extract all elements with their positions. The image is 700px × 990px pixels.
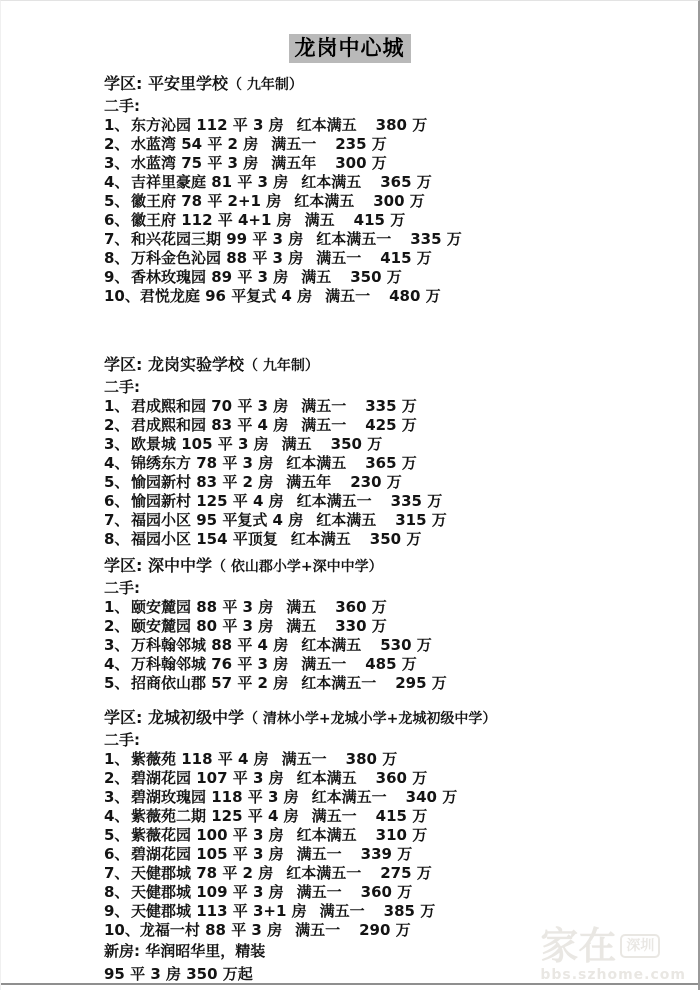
listing-number: 9、 <box>104 268 131 287</box>
listing-desc: 福园小区 154 平顶复 <box>131 530 278 548</box>
listing-desc: 紫薇花园 100 平 3 房 <box>131 826 284 844</box>
listing-number: 6、 <box>104 492 131 511</box>
listing-status: 满五一 <box>325 287 370 305</box>
listing-status: 红本满五 <box>291 530 351 548</box>
listing-desc: 龙福一村 88 平 3 房 <box>140 921 282 939</box>
listing-desc: 万科翰邻城 88 平 4 房 <box>131 636 288 654</box>
listing-price: 330 万 <box>335 617 387 635</box>
listing-price: 360 万 <box>376 769 428 787</box>
listing-status: 红本满五一 <box>286 864 361 882</box>
district-header: 学区: 龙岗实验学校（ 九年制） <box>104 354 668 377</box>
district-school-note: （ 依山郡小学+深中中学） <box>212 559 383 575</box>
listing-item: 7、福园小区 95 平复式 4 房红本满五315 万 <box>104 511 668 530</box>
listing-desc: 紫薇苑 118 平 4 房 <box>131 750 269 768</box>
district-school-label: 学区: 龙岗实验学校 <box>104 355 244 374</box>
listing-price: 235 万 <box>335 135 387 153</box>
listing-item: 10、君悦龙庭 96 平复式 4 房满五一480 万 <box>104 287 668 306</box>
listing-desc: 万科翰邻城 76 平 3 房 <box>131 655 288 673</box>
listing-desc: 和兴花园三期 99 平 3 房 <box>131 230 303 248</box>
listing-number: 5、 <box>104 473 131 492</box>
listing-price: 360 万 <box>361 883 413 901</box>
district-school-note: （ 清林小学+龙城小学+龙城初级中学） <box>244 711 496 727</box>
listing-status: 红本满五一 <box>316 230 391 248</box>
listing-price: 365 万 <box>380 173 432 191</box>
listing-item: 1、颐安麓园 88 平 3 房满五360 万 <box>104 598 668 617</box>
listing-number: 4、 <box>104 807 131 826</box>
listing-price: 360 万 <box>335 598 387 616</box>
listing-desc: 徽王府 112 平 4+1 房 <box>131 211 292 229</box>
listing-price: 275 万 <box>380 864 432 882</box>
listing-status: 满五 <box>286 617 316 635</box>
listing-price: 425 万 <box>365 416 417 434</box>
listing-item: 2、颐安麓园 80 平 3 房满五330 万 <box>104 617 668 636</box>
listing-number: 3、 <box>104 788 131 807</box>
listing-desc: 碧湖花园 105 平 3 房 <box>131 845 284 863</box>
listing-type-label: 二手: <box>104 730 668 750</box>
school-district-section: 学区: 龙城初级中学（ 清林小学+龙城小学+龙城初级中学） 二手: 1、紫薇苑 … <box>104 707 668 986</box>
listing-item: 5、愉园新村 83 平 2 房满五年230 万 <box>104 473 668 492</box>
district-school-note: （ 九年制） <box>228 77 303 93</box>
listing-item: 7、和兴花园三期 99 平 3 房红本满五一335 万 <box>104 230 668 249</box>
listing-item: 3、碧湖玫瑰园 118 平 3 房红本满五一340 万 <box>104 788 668 807</box>
listing-status: 满五 <box>282 435 312 453</box>
listing-price: 415 万 <box>354 211 406 229</box>
listing-status: 红本满五 <box>286 454 346 472</box>
listing-desc: 锦绣东方 78 平 3 房 <box>131 454 273 472</box>
listing-status: 满五一 <box>295 921 340 939</box>
listing-number: 6、 <box>104 211 131 230</box>
listing-price: 350 万 <box>331 435 383 453</box>
listing-item: 8、福园小区 154 平顶复红本满五350 万 <box>104 530 668 549</box>
listing-item: 2、水蓝湾 54 平 2 房满五一235 万 <box>104 135 668 154</box>
district-header: 学区: 龙城初级中学（ 清林小学+龙城小学+龙城初级中学） <box>104 707 668 730</box>
listing-number: 5、 <box>104 674 131 693</box>
listing-number: 7、 <box>104 230 131 249</box>
listing-desc: 水蓝湾 54 平 2 房 <box>131 135 258 153</box>
listing-item: 6、碧湖花园 105 平 3 房满五一339 万 <box>104 845 668 864</box>
listing-desc: 颐安麓园 80 平 3 房 <box>131 617 273 635</box>
listing-status: 红本满五 <box>297 826 357 844</box>
listing-number: 2、 <box>104 617 131 636</box>
listing-status: 满五一 <box>301 416 346 434</box>
listing-number: 4、 <box>104 655 131 674</box>
listing-status: 满五年 <box>271 154 316 172</box>
listing-type-label: 二手: <box>104 377 668 397</box>
listing-status: 满五一 <box>271 135 316 153</box>
listing-desc: 愉园新村 83 平 2 房 <box>131 473 273 491</box>
listing-desc: 碧湖玫瑰园 118 平 3 房 <box>131 788 299 806</box>
district-school-label: 学区: 深中中学 <box>104 556 212 575</box>
listing-status: 满五一 <box>297 883 342 901</box>
school-district-section: 学区: 深中中学（ 依山郡小学+深中中学） 二手: 1、颐安麓园 88 平 3 … <box>104 555 668 693</box>
listing-item: 8、天健郡城 109 平 3 房满五一360 万 <box>104 883 668 902</box>
listing-status: 满五一 <box>320 902 365 920</box>
district-header: 学区: 深中中学（ 依山郡小学+深中中学） <box>104 555 668 578</box>
listing-price: 339 万 <box>361 845 413 863</box>
listing-number: 8、 <box>104 530 131 549</box>
listing-number: 4、 <box>104 454 131 473</box>
listing-price: 415 万 <box>376 807 428 825</box>
title-row: 龙岗中心城 <box>1 34 698 63</box>
listing-price: 340 万 <box>406 788 458 806</box>
listing-status: 红本满五 <box>316 511 376 529</box>
listing-item: 4、吉祥里豪庭 81 平 3 房红本满五365 万 <box>104 173 668 192</box>
listing-desc: 君成熙和园 70 平 3 房 <box>131 397 288 415</box>
listing-price: 415 万 <box>380 249 432 267</box>
listing-status: 红本满五 <box>294 192 354 210</box>
page-title: 龙岗中心城 <box>289 34 411 63</box>
listing-list: 1、颐安麓园 88 平 3 房满五360 万 2、颐安麓园 80 平 3 房满五… <box>104 598 668 693</box>
listing-item: 4、紫薇苑二期 125 平 4 房满五一415 万 <box>104 807 668 826</box>
listing-status: 满五一 <box>297 845 342 863</box>
listing-status: 红本满五一 <box>312 788 387 806</box>
listing-desc: 香林玫瑰园 89 平 3 房 <box>131 268 288 286</box>
listing-desc: 君悦龙庭 96 平复式 4 房 <box>140 287 312 305</box>
listing-number: 4、 <box>104 173 131 192</box>
listing-price: 335 万 <box>365 397 417 415</box>
listing-item: 7、天健郡城 78 平 2 房红本满五一275 万 <box>104 864 668 883</box>
listing-desc: 君成熙和园 83 平 4 房 <box>131 416 288 434</box>
listing-number: 3、 <box>104 435 131 454</box>
listing-number: 5、 <box>104 826 131 845</box>
listing-status: 满五一 <box>282 750 327 768</box>
listing-item: 9、香林玫瑰园 89 平 3 房满五350 万 <box>104 268 668 287</box>
listing-item: 3、万科翰邻城 88 平 4 房红本满五530 万 <box>104 636 668 655</box>
listing-item: 4、万科翰邻城 76 平 3 房满五一485 万 <box>104 655 668 674</box>
listing-status: 红本满五 <box>297 769 357 787</box>
listing-number: 2、 <box>104 416 131 435</box>
listing-price: 335 万 <box>391 492 443 510</box>
listing-desc: 天健郡城 113 平 3+1 房 <box>131 902 307 920</box>
listing-status: 红本满五 <box>297 116 357 134</box>
listing-item: 6、愉园新村 125 平 4 房红本满五一335 万 <box>104 492 668 511</box>
listing-number: 2、 <box>104 769 131 788</box>
listing-desc: 招商依山郡 57 平 2 房 <box>131 674 288 692</box>
listing-price: 380 万 <box>346 750 398 768</box>
listing-number: 1、 <box>104 750 131 769</box>
district-school-label: 学区: 平安里学校 <box>104 74 228 93</box>
listing-number: 8、 <box>104 883 131 902</box>
listing-desc: 徽王府 78 平 2+1 房 <box>131 192 281 210</box>
listing-item: 5、徽王府 78 平 2+1 房红本满五300 万 <box>104 192 668 211</box>
listing-price: 485 万 <box>365 655 417 673</box>
sections-container: 学区: 平安里学校（ 九年制） 二手: 1、东方沁园 112 平 3 房红本满五… <box>1 73 698 986</box>
listing-item: 2、君成熙和园 83 平 4 房满五一425 万 <box>104 416 668 435</box>
listing-status: 满五一 <box>301 397 346 415</box>
listing-item: 10、龙福一村 88 平 3 房满五一290 万 <box>104 921 668 940</box>
listing-price: 300 万 <box>335 154 387 172</box>
listing-desc: 水蓝湾 75 平 3 房 <box>131 154 258 172</box>
listing-status: 红本满五一 <box>301 674 376 692</box>
listing-item: 1、君成熙和园 70 平 3 房满五一335 万 <box>104 397 668 416</box>
listing-item: 8、万科金色沁园 88 平 3 房满五一415 万 <box>104 249 668 268</box>
listing-item: 9、天健郡城 113 平 3+1 房满五一385 万 <box>104 902 668 921</box>
listing-item: 3、水蓝湾 75 平 3 房满五年300 万 <box>104 154 668 173</box>
listing-number: 9、 <box>104 902 131 921</box>
listing-price: 480 万 <box>389 287 441 305</box>
listing-desc: 福园小区 95 平复式 4 房 <box>131 511 303 529</box>
school-district-section: 学区: 平安里学校（ 九年制） 二手: 1、东方沁园 112 平 3 房红本满五… <box>104 73 668 306</box>
listing-status: 满五一 <box>312 807 357 825</box>
listing-price: 230 万 <box>350 473 402 491</box>
listing-list: 1、紫薇苑 118 平 4 房满五一380 万 2、碧湖花园 107 平 3 房… <box>104 750 668 940</box>
listing-status: 红本满五 <box>301 636 361 654</box>
listing-desc: 愉园新村 125 平 4 房 <box>131 492 284 510</box>
listing-number: 1、 <box>104 397 131 416</box>
document-page: 龙岗中心城 学区: 平安里学校（ 九年制） 二手: 1、东方沁园 112 平 3… <box>0 0 700 990</box>
listing-list: 1、君成熙和园 70 平 3 房满五一335 万 2、君成熙和园 83 平 4 … <box>104 397 668 549</box>
listing-status: 满五 <box>305 211 335 229</box>
listing-price: 295 万 <box>395 674 447 692</box>
listing-number: 7、 <box>104 864 131 883</box>
listing-price: 315 万 <box>395 511 447 529</box>
listing-item: 2、碧湖花园 107 平 3 房红本满五360 万 <box>104 769 668 788</box>
listing-number: 8、 <box>104 249 131 268</box>
listing-number: 2、 <box>104 135 131 154</box>
listing-price: 380 万 <box>376 116 428 134</box>
listing-desc: 东方沁园 112 平 3 房 <box>131 116 284 134</box>
listing-desc: 万科金色沁园 88 平 3 房 <box>131 249 303 267</box>
listing-type-label: 二手: <box>104 578 668 598</box>
listing-price: 365 万 <box>365 454 417 472</box>
listing-status: 满五一 <box>316 249 361 267</box>
listing-number: 6、 <box>104 845 131 864</box>
listing-desc: 天健郡城 109 平 3 房 <box>131 883 284 901</box>
listing-price: 385 万 <box>384 902 436 920</box>
new-home-line: 新房: 华润昭华里，精装 <box>104 940 668 963</box>
listing-desc: 天健郡城 78 平 2 房 <box>131 864 273 882</box>
listing-status: 满五年 <box>286 473 331 491</box>
listing-item: 3、欧景城 105 平 3 房满五350 万 <box>104 435 668 454</box>
school-district-section: 学区: 龙岗实验学校（ 九年制） 二手: 1、君成熙和园 70 平 3 房满五一… <box>104 354 668 549</box>
listing-item: 1、东方沁园 112 平 3 房红本满五380 万 <box>104 116 668 135</box>
listing-number: 3、 <box>104 154 131 173</box>
listing-item: 5、紫薇花园 100 平 3 房红本满五310 万 <box>104 826 668 845</box>
listing-number: 3、 <box>104 636 131 655</box>
listing-price: 300 万 <box>373 192 425 210</box>
listing-status: 满五 <box>286 598 316 616</box>
listing-status: 满五 <box>301 268 331 286</box>
listing-number: 1、 <box>104 116 131 135</box>
listing-desc: 吉祥里豪庭 81 平 3 房 <box>131 173 288 191</box>
listing-status: 红本满五 <box>301 173 361 191</box>
district-school-note: （ 九年制） <box>244 358 319 374</box>
listing-number: 1、 <box>104 598 131 617</box>
listing-item: 4、锦绣东方 78 平 3 房红本满五365 万 <box>104 454 668 473</box>
listing-number: 10、 <box>104 287 140 306</box>
listing-number: 7、 <box>104 511 131 530</box>
listing-desc: 欧景城 105 平 3 房 <box>131 435 269 453</box>
listing-number: 10、 <box>104 921 140 940</box>
listing-desc: 紫薇苑二期 125 平 4 房 <box>131 807 299 825</box>
listing-item: 5、招商依山郡 57 平 2 房红本满五一295 万 <box>104 674 668 693</box>
listing-price: 350 万 <box>350 268 402 286</box>
listing-item: 6、徽王府 112 平 4+1 房满五415 万 <box>104 211 668 230</box>
listing-status: 红本满五一 <box>297 492 372 510</box>
listing-price: 350 万 <box>370 530 422 548</box>
listing-type-label: 二手: <box>104 96 668 116</box>
new-home-line: 95 平 3 房 350 万起 <box>104 963 668 986</box>
listing-list: 1、东方沁园 112 平 3 房红本满五380 万 2、水蓝湾 54 平 2 房… <box>104 116 668 306</box>
listing-number: 5、 <box>104 192 131 211</box>
district-header: 学区: 平安里学校（ 九年制） <box>104 73 668 96</box>
listing-desc: 碧湖花园 107 平 3 房 <box>131 769 284 787</box>
listing-price: 530 万 <box>380 636 432 654</box>
district-school-label: 学区: 龙城初级中学 <box>104 708 244 727</box>
listing-desc: 颐安麓园 88 平 3 房 <box>131 598 273 616</box>
listing-price: 310 万 <box>376 826 428 844</box>
listing-price: 290 万 <box>359 921 411 939</box>
listing-status: 满五一 <box>301 655 346 673</box>
listing-price: 335 万 <box>410 230 462 248</box>
listing-item: 1、紫薇苑 118 平 4 房满五一380 万 <box>104 750 668 769</box>
